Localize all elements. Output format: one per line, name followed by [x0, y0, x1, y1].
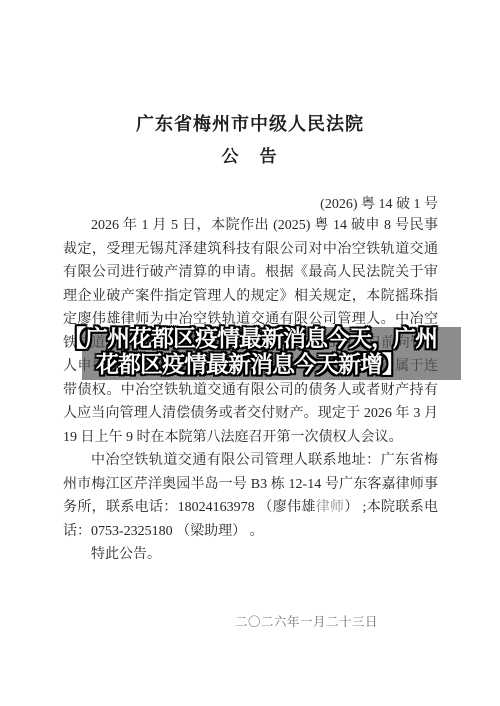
- case-number: (2026) 粤 14 破 1 号: [320, 193, 438, 213]
- closing-statement: 特此公告。: [63, 543, 438, 567]
- watermark-line-2: 花都区疫情最新消息今天新增】: [0, 352, 500, 378]
- court-name-heading: 广东省梅州市中级人民法院: [0, 110, 500, 136]
- lawyer-title-label: 律师: [316, 500, 345, 515]
- watermark-line-1: 【广州花都区疫情最新消息今天，广州: [0, 326, 500, 352]
- document-type-heading: 公 告: [0, 142, 500, 167]
- watermark-text: 【广州花都区疫情最新消息今天，广州 花都区疫情最新消息今天新增】: [0, 326, 500, 378]
- paragraph-contact: 中冶空铁轨道交通有限公司管理人联系地址：广东省梅州市梅江区芹洋奥园半岛一号 B3…: [63, 449, 438, 543]
- announcement-page: 广东省梅州市中级人民法院 公 告 (2026) 粤 14 破 1 号 2026 …: [0, 0, 500, 706]
- announcement-date: 二〇二六年一月二十三日: [235, 612, 378, 630]
- announcement-body: 2026 年 1 月 5 日，本院作出 (2025) 粤 14 破申 8 号民事…: [63, 214, 438, 567]
